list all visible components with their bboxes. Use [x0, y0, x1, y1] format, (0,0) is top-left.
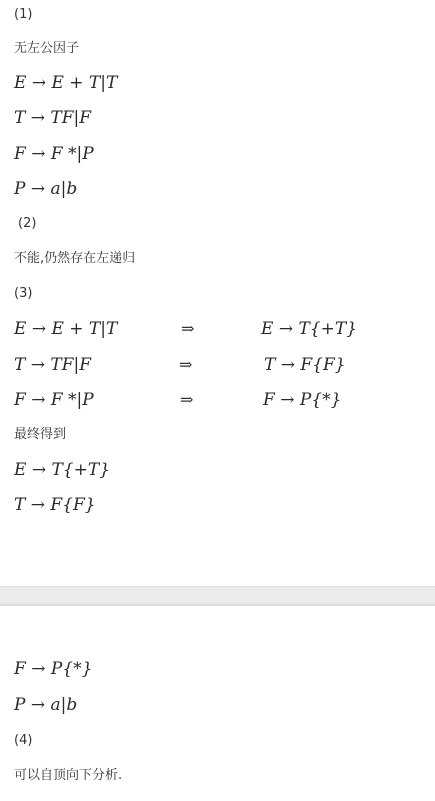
transform-from: E → E + T|T	[14, 319, 117, 339]
transform-to: T → F{F}	[264, 355, 346, 375]
implies-arrow-icon: ⇒	[180, 390, 193, 410]
part1-label: (1)	[14, 7, 32, 23]
transform-to: E → T{+T}	[261, 319, 357, 339]
part2-note: 不能,仍然存在左递归	[14, 251, 135, 267]
transform-from: F → F *|P	[14, 390, 94, 410]
result-e: E → T{+T}	[14, 460, 110, 480]
part1-note: 无左公因子	[14, 41, 79, 57]
implies-arrow-icon: ⇒	[179, 355, 192, 375]
result-label: 最终得到	[14, 427, 66, 443]
part3-label: (3)	[14, 286, 32, 302]
part2-label: (2)	[18, 216, 36, 232]
part4-note: 可以自顶向下分析.	[14, 768, 122, 784]
result-t: T → F{F}	[14, 495, 96, 515]
rule-t: T → TF|F	[14, 108, 91, 128]
part4-label: (4)	[14, 733, 32, 749]
implies-arrow-icon: ⇒	[181, 319, 194, 339]
rule-f: F → F *|P	[14, 144, 94, 164]
transform-to: F → P{*}	[263, 390, 341, 410]
result-f: F → P{*}	[14, 659, 92, 679]
rule-e: E → E + T|T	[14, 73, 117, 93]
result-p: P → a|b	[14, 695, 77, 715]
page-break-separator	[0, 586, 435, 606]
rule-p: P → a|b	[14, 179, 77, 199]
transform-from: T → TF|F	[14, 355, 91, 375]
